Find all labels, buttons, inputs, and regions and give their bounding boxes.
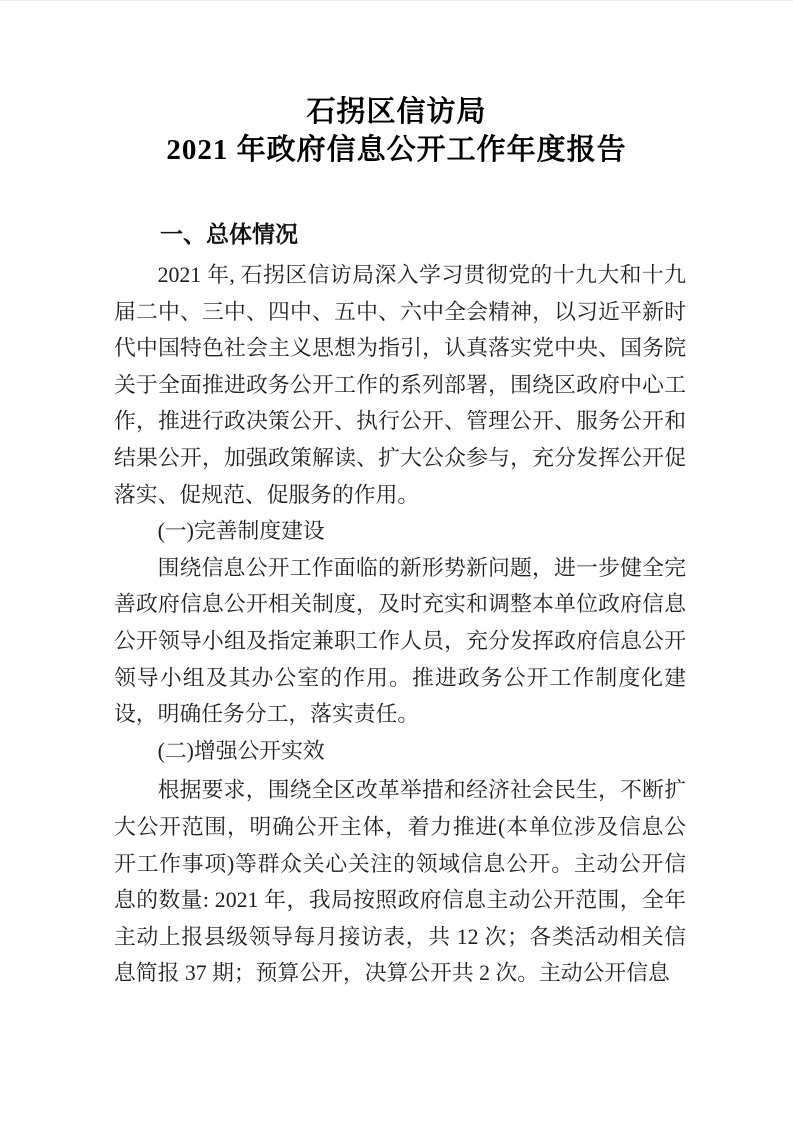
document-page: 石拐区信访局 2021 年政府信息公开工作年度报告 一、总体情况 2021 年,… [0,0,793,1122]
paragraph-system-building: 围绕信息公开工作面临的新形势新问题，进一步健全完善政府信息公开相关制度，及时充实… [114,550,686,733]
section-heading-overall-situation: 一、总体情况 [114,215,686,253]
subsection-heading-2-disclosure-effect: (二)增强公开实效 [114,733,686,770]
title-line-1: 石拐区信访局 [0,93,793,131]
subsection-heading-1-system-building: (一)完善制度建设 [114,513,686,550]
paragraph-disclosure-effect: 根据要求，围绕全区改革举措和经济社会民生，不断扩大公开范围，明确公开主体，着力推… [114,772,686,992]
document-body: 一、总体情况 2021 年, 石拐区信访局深入学习贯彻党的十九大和十九届二中、三… [114,215,686,992]
paragraph-intro: 2021 年, 石拐区信访局深入学习贯彻党的十九大和十九届二中、三中、四中、五中… [114,257,686,513]
title-line-2: 2021 年政府信息公开工作年度报告 [0,131,793,169]
document-title: 石拐区信访局 2021 年政府信息公开工作年度报告 [0,93,793,169]
